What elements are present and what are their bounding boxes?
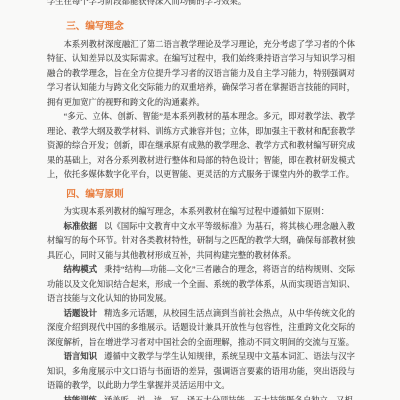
principle-term: 标准依据 [64,222,105,231]
principle-item-topic: 话题设计精选多元话题，从校园生活点滴到当前社会热点，从中华传统文化的深度介绍到现… [47,307,355,351]
principle-term: 结构模式 [64,265,105,274]
top-partial-line: 学生在每个学习阶段都能获得深入而均衡的学习效果。 [47,0,355,10]
principle-term: 语言知识 [64,352,105,361]
section-heading-principles: 四、编写原则 [47,188,355,203]
document-page: 学生在每个学习阶段都能获得深入而均衡的学习效果。 三、编写理念 本系列教材深度融… [0,0,400,400]
principle-item-skills: 技能训练涵盖听、说、读、写、译五大分项技能，五大技能既各自独立、又相 [47,394,355,400]
principle-item-language: 语言知识遵循中文教学与学生认知规律，系统呈现中文基本词汇、语法与汉字知识，多角度… [47,350,355,394]
principle-item-structure: 结构模式秉持“结构—功能—文化”三者融合的理念，将语言的结构规则、交际功能以及文… [47,263,355,307]
concept-paragraph-1: 本系列教材深度融汇了第二语言教学理论及学习理论，充分考虑了学习者的个体特征、认知… [47,38,355,111]
principle-item-standard: 标准依据以《国际中文教育中文水平等级标准》为基石，将其核心理念融入教材编写的每个… [47,220,355,264]
principles-intro: 为实现本系列教材的编写理念，本系列教材在编写过程中遵循如下原则： [47,205,355,220]
principle-text: 涵盖听、说、读、写、译五大分项技能，五大技能既各自独立、又相 [104,396,353,400]
concept-paragraph-2: “多元、立体、创新、智能”是本系列教材的基本理念。多元，即对教学法、教学理论、教… [47,110,355,183]
section-heading-concept: 三、编写理念 [47,20,355,35]
principle-term: 话题设计 [64,309,105,318]
principle-term: 技能训练 [64,396,104,400]
page-body-text: 学生在每个学习阶段都能获得深入而均衡的学习效果。 三、编写理念 本系列教材深度融… [47,0,355,400]
